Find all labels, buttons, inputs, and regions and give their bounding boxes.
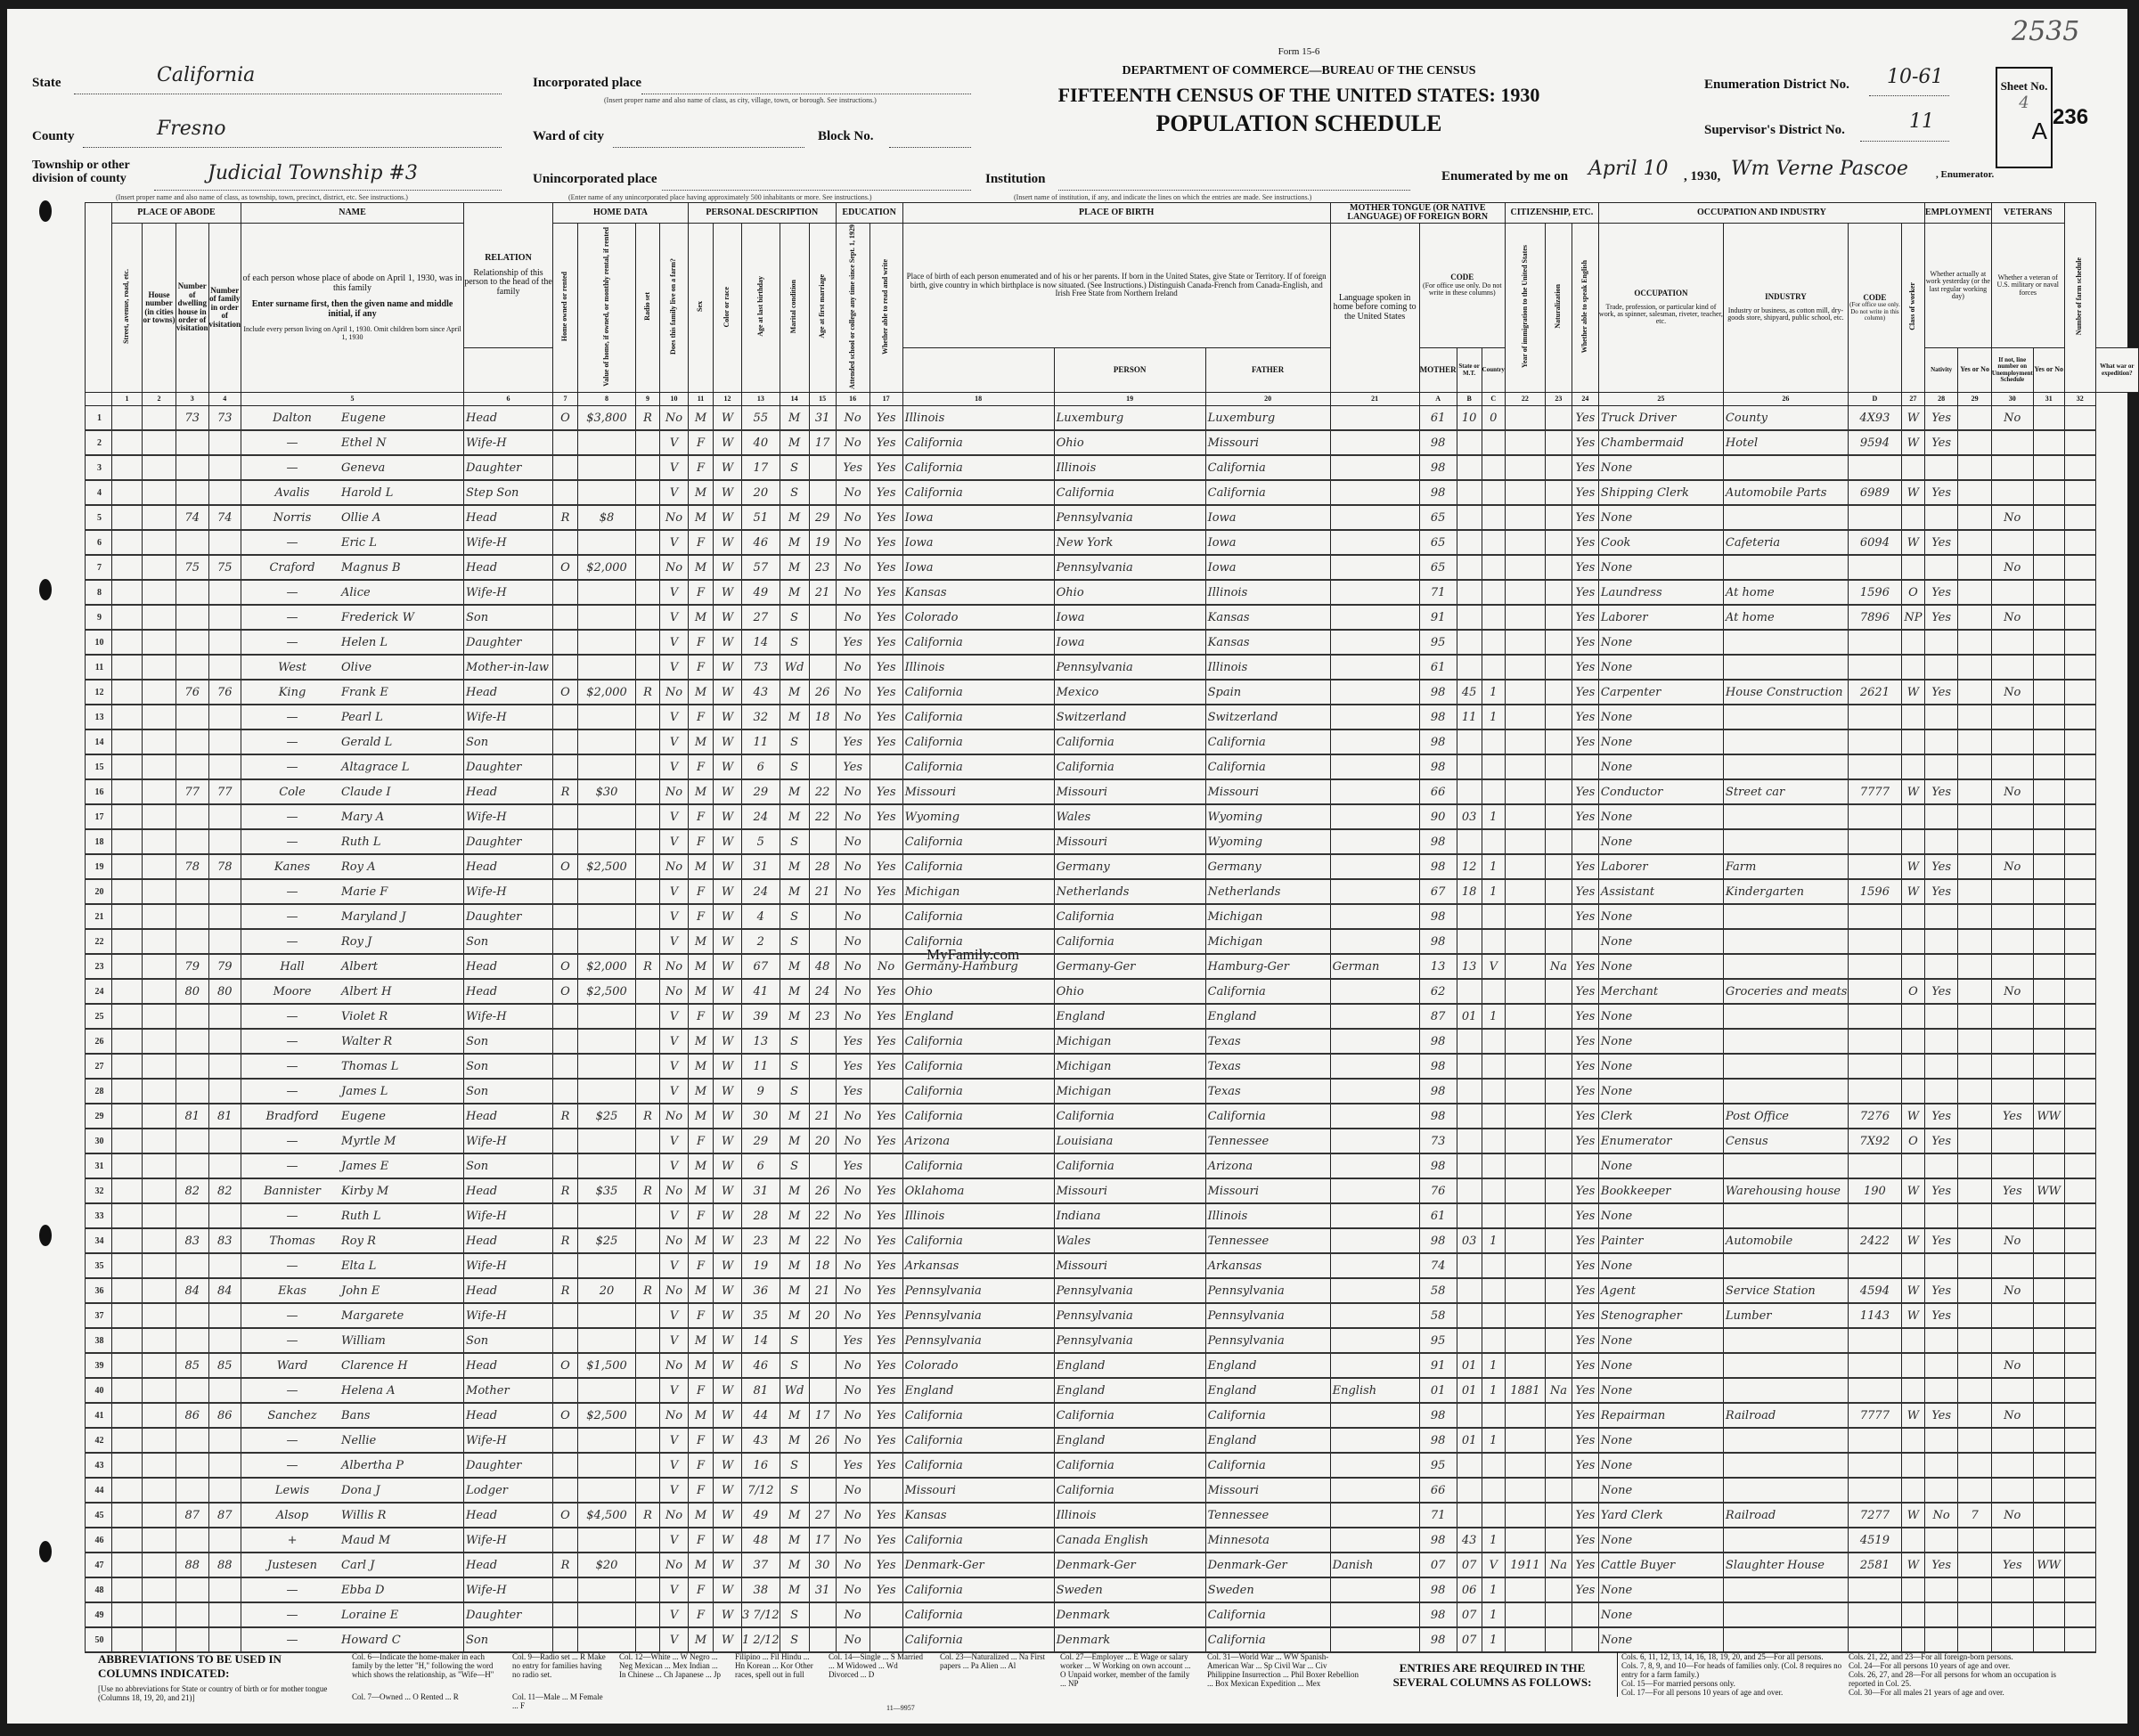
dwelling-number [176,1029,209,1054]
house-number-cell [143,1627,176,1652]
occupation-header: OCCUPATIONTrade, profession, or particul… [1598,224,1723,393]
code-a-cell: 71 [1419,580,1457,605]
immigration-year-cell [1505,605,1545,630]
name-cell: —Helena A [241,1378,464,1403]
surname: Moore [243,985,341,998]
relation-cell: Wife-H [464,1577,553,1602]
occupation-group-header: OCCUPATION AND INDUSTRY [1598,203,1924,224]
age-marriage-cell [809,655,836,680]
home-value-cell [578,530,636,555]
institution-hint: (Insert name of institution, if any, and… [1014,193,1311,201]
surname: Ekas [243,1284,341,1298]
sex-cell: F [689,1004,714,1029]
sheet-number-box: Sheet No. 4 A [1996,67,2053,168]
worker-class-cell: W [1901,779,1924,804]
farm-cell: V [660,1478,689,1503]
at-work-cell [1924,1353,1957,1378]
occ-desc: Trade, profession, or particular kind of… [1599,304,1723,326]
farm-schedule-cell [2064,1004,2095,1029]
occupation-cell: Clerk [1598,1104,1723,1129]
code-a-cell: 65 [1419,505,1457,530]
given-name: Ruth L [341,1210,381,1223]
birthplace-mother: Illinois [1205,655,1330,680]
surname: — [243,1459,341,1472]
owned-cell: O [553,854,578,879]
age-cell: 48 [742,1528,780,1553]
radio-cell [636,1577,660,1602]
farm-schedule-cell [2064,829,2095,854]
unemployment-line-cell [1958,1104,1991,1129]
age-cell: 11 [742,729,780,754]
sex-cell: F [689,804,714,829]
relation-cell: Daughter [464,1602,553,1627]
house-number-cell [143,1353,176,1378]
name-cell: EkasJohn E [241,1278,464,1303]
relation-cell: Head [464,1278,553,1303]
column-number: 30 [1991,393,2033,406]
dwelling-number [176,879,209,904]
age-cell: 49 [742,1503,780,1528]
column-number: 27 [1901,393,1924,406]
marital-cell: M [780,406,809,431]
surname: — [243,885,341,899]
surname: Alsop [243,1509,341,1522]
worker-class-cell: W [1901,1278,1924,1303]
age-marriage-cell [809,1478,836,1503]
read-write-cell: Yes [869,1453,902,1478]
code-a-header: State or M.T. [1457,348,1482,393]
mother-header: MOTHER [1419,348,1457,393]
occupation-cell: None [1598,555,1723,580]
home-value-cell: $8 [578,505,636,530]
war-cell [2033,1253,2064,1278]
age-marriage-cell [809,1602,836,1627]
enumerator-label: , Enumerator. [1936,169,1994,180]
birthplace-mother: Michigan [1205,929,1330,954]
radio-cell [636,729,660,754]
line-number: 9 [86,605,112,630]
immigration-year-cell [1505,1577,1545,1602]
given-name: Eric L [341,536,377,550]
name-cell: SanchezBans [241,1403,464,1428]
owned-cell [553,580,578,605]
speaks-english-cell: Yes [1572,580,1598,605]
immigration-year-cell [1505,430,1545,455]
surname: — [243,1334,341,1348]
owned-cell: O [553,1503,578,1528]
dwelling-number [176,1153,209,1178]
birthplace-father: California [1054,729,1205,754]
farm-cell: V [660,754,689,779]
occupation-cell: None [1598,954,1723,979]
given-name: Kirby M [341,1185,388,1198]
column-number: 20 [1205,393,1330,406]
family-number: 82 [208,1178,241,1203]
war-cell [2033,430,2064,455]
war-cell [2033,1228,2064,1253]
occupation-code-cell: 7777 [1848,779,1901,804]
school-cell: No [836,1627,869,1652]
table-row: 17373DaltonEugeneHeadO$3,800RNoMW55M31No… [86,406,2139,431]
code-c-cell: 1 [1482,879,1505,904]
given-name: Claude I [341,786,391,799]
sex-header: Sex [697,301,704,312]
street-cell [112,1004,143,1029]
form-number: Form 15-6 [1032,46,1566,57]
veteran-cell: No [1991,555,2033,580]
given-name: James L [341,1085,388,1098]
punch-hole [39,200,52,222]
radio-cell [636,1553,660,1577]
read-write-cell: Yes [869,1004,902,1029]
speaks-english-cell: Yes [1572,1129,1598,1153]
code-header: CODE(For office use only. Do not write i… [1419,224,1505,348]
block-field [889,129,971,148]
race-cell: W [714,455,742,480]
code-c-cell [1482,1253,1505,1278]
veteran-cell [1991,904,2033,929]
industry-cell [1723,1004,1848,1029]
unemployment-line-cell [1958,829,1991,854]
family-number: 86 [208,1403,241,1428]
surname: — [243,711,341,724]
mother-tongue-cell [1330,1129,1419,1153]
at-work-cell [1924,804,1957,829]
radio-cell [636,1303,660,1328]
mother-tongue-cell [1330,754,1419,779]
at-work-cell [1924,655,1957,680]
dwelling-number [176,1303,209,1328]
name-desc-header: of each person whose place of abode on A… [241,224,464,393]
ed-value: 10-61 [1887,66,1943,88]
occupation-cell: Cook [1598,530,1723,555]
sex-cell: F [689,1203,714,1228]
surname: Bannister [243,1185,341,1198]
entries-1: Cols. 6, 11, 12, 13, 14, 16, 18, 19, 20,… [1621,1652,1844,1661]
line-number: 49 [86,1602,112,1627]
age-cell: 3 7/12 [742,1602,780,1627]
age-cell: 24 [742,804,780,829]
age-marriage-cell: 17 [809,1528,836,1553]
owned-cell [553,705,578,729]
unemployment-line-cell [1958,1577,1991,1602]
table-row: 31—James ESonVMW6SYesCaliforniaCaliforni… [86,1153,2139,1178]
line-number: 44 [86,1478,112,1503]
birthplace-person: California [902,480,1054,505]
code-b-cell [1457,1079,1482,1104]
name-cell: +Maud M [241,1528,464,1553]
radio-cell [636,1253,660,1278]
immigration-year-cell [1505,1478,1545,1503]
industry-cell [1723,1478,1848,1503]
radio-header: Radio set [644,292,651,321]
unemployment-line-cell [1958,455,1991,480]
read-write-cell: Yes [869,1178,902,1203]
birthplace-person: Iowa [902,505,1054,530]
age-marriage-cell: 27 [809,1503,836,1528]
naturalization-cell [1545,655,1572,680]
given-name: Loraine E [341,1609,398,1622]
school-cell: No [836,1403,869,1428]
occupation-code-cell [1848,754,1901,779]
street-cell [112,1528,143,1553]
age-cell: 23 [742,1228,780,1253]
name-cell: JustesenCarl J [241,1553,464,1577]
footer-col14: Col. 14—Single ... S Married ... M Widow… [829,1652,927,1679]
dwelling-number [176,580,209,605]
house-number-cell [143,530,176,555]
occupation-cell: None [1598,754,1723,779]
column-number: 12 [714,393,742,406]
radio-cell: R [636,406,660,431]
code-a-cell: 98 [1419,929,1457,954]
farm-cell: V [660,530,689,555]
age-marriage-cell [809,729,836,754]
radio-cell [636,1029,660,1054]
table-row: 298181BradfordEugeneHeadR$25RNoMW30M21No… [86,1104,2139,1129]
line-number: 30 [86,1129,112,1153]
read-write-cell [869,829,902,854]
relation-cell: Head [464,954,553,979]
house-number-cell [143,1503,176,1528]
birthplace-mother: Illinois [1205,1203,1330,1228]
veteran-cell [1991,879,2033,904]
dwelling-number [176,430,209,455]
read-write-cell: Yes [869,779,902,804]
column-number: 3 [176,393,209,406]
industry-cell: Groceries and meats [1723,979,1848,1004]
at-work-cell [1924,1577,1957,1602]
unemployment-line-cell: 7 [1958,1503,1991,1528]
immigration-year-cell [1505,530,1545,555]
worker-class-cell [1901,1203,1924,1228]
marital-cell: S [780,1328,809,1353]
family-number [208,1203,241,1228]
page-stamp: 236 [2053,105,2088,130]
given-name: Frank E [341,686,388,699]
age-cell: 20 [742,480,780,505]
line-number: 5 [86,505,112,530]
age-marriage-cell [809,1054,836,1079]
radio-cell [636,979,660,1004]
occupation-code-cell [1848,929,1901,954]
code-a-cell: 13 [1419,954,1457,979]
read-write-cell: Yes [869,406,902,431]
unemployment-line-cell [1958,605,1991,630]
owned-cell [553,1478,578,1503]
occupation-code-cell [1848,1054,1901,1079]
mother-tongue-cell [1330,655,1419,680]
house-number-cell [143,1478,176,1503]
birthplace-person: California [902,904,1054,929]
code-b-cell: 43 [1457,1528,1482,1553]
code-b-cell: 07 [1457,1602,1482,1627]
column-number: 25 [1598,393,1723,406]
at-work-cell: Yes [1924,680,1957,705]
farm-cell: V [660,1627,689,1652]
column-number: 8 [578,393,636,406]
age-cell: 6 [742,754,780,779]
birthplace-mother: Netherlands [1205,879,1330,904]
sex-cell: F [689,1528,714,1553]
farm-cell: No [660,854,689,879]
birthplace-father: Denmark [1054,1602,1205,1627]
war-cell [2033,1577,2064,1602]
home-value-cell [578,455,636,480]
code-a-cell: 98 [1419,1104,1457,1129]
age-cell: 1 2/12 [742,1627,780,1652]
owned-cell [553,1378,578,1403]
given-name: Helen L [341,636,388,649]
radio-cell [636,580,660,605]
code-a-cell: 61 [1419,406,1457,431]
veteran-cell [1991,455,2033,480]
veteran-cell [1991,1004,2033,1029]
footer-col9: Col. 9—Radio set ... R Make no entry for… [512,1652,610,1679]
worker-class-cell [1901,1627,1924,1652]
marital-cell: S [780,1353,809,1378]
immigration-year-cell [1505,1004,1545,1029]
surname: — [243,611,341,624]
school-cell: No [836,1378,869,1403]
radio-cell [636,1478,660,1503]
surname: — [243,1584,341,1597]
industry-cell [1723,1203,1848,1228]
house-number-cell [143,1428,176,1453]
race-cell: W [714,1079,742,1104]
school-cell: No [836,1104,869,1129]
owned-cell [553,1029,578,1054]
line-number: 17 [86,804,112,829]
owned-cell [553,605,578,630]
speaks-english-cell: Yes [1572,555,1598,580]
line-number: 43 [86,1453,112,1478]
radio-cell [636,480,660,505]
naturalization-cell [1545,1153,1572,1178]
name-subheader [464,348,553,393]
name-cell: —Ethel N [241,430,464,455]
race-cell: W [714,605,742,630]
relation-group-header: RELATIONRelationship of this person to t… [464,203,553,348]
given-name: Dona J [341,1484,380,1497]
ind-desc: Industry or business, as cotton mill, dr… [1724,307,1848,322]
read-write-cell: Yes [869,1228,902,1253]
entries-7: Cols. 26, 27, and 28—For all persons for… [1849,1670,2062,1688]
birthplace-father: Iowa [1054,605,1205,630]
war-cell [2033,1153,2064,1178]
industry-cell: County [1723,406,1848,431]
marital-cell: S [780,829,809,854]
owned-cell: O [553,979,578,1004]
race-cell: W [714,979,742,1004]
school-cell: No [836,1303,869,1328]
industry-cell [1723,655,1848,680]
worker-class-cell [1901,1378,1924,1403]
radio-cell [636,1153,660,1178]
sex-cell: F [689,879,714,904]
birthplace-mother: Missouri [1205,1178,1330,1203]
code-a-cell: 98 [1419,430,1457,455]
dwelling-number: 74 [176,505,209,530]
naturalization-cell [1545,1278,1572,1303]
home-value-cell [578,1054,636,1079]
family-number [208,904,241,929]
owned-cell [553,1428,578,1453]
age-cell: 16 [742,1453,780,1478]
veteran-cell [1991,1253,2033,1278]
occupation-code-cell [1848,854,1901,879]
code-b-cell [1457,1104,1482,1129]
naturalization-cell [1545,1453,1572,1478]
naturalization-cell [1545,879,1572,904]
home-value-cell [578,1303,636,1328]
speaks-english-cell: Yes [1572,1528,1598,1553]
unemployment-line-cell [1958,530,1991,555]
house-number-cell [143,655,176,680]
race-cell: W [714,729,742,754]
code-a-cell: 98 [1419,1079,1457,1104]
surname: — [243,910,341,924]
worker-class-cell [1901,1602,1924,1627]
naturalization-cell [1545,1503,1572,1528]
age-cell: 38 [742,1577,780,1602]
birthplace-mother: California [1205,1403,1330,1428]
street-cell [112,480,143,505]
name-cell: —William [241,1328,464,1353]
industry-cell [1723,1353,1848,1378]
surname: West [243,661,341,674]
occupation-code-cell: 7777 [1848,1403,1901,1428]
given-name: Albertha P [341,1459,404,1472]
street-cell [112,555,143,580]
birthplace-father: England [1054,1378,1205,1403]
mother-tongue-cell [1330,1428,1419,1453]
given-name: William [341,1334,386,1348]
occupation-code-cell [1848,729,1901,754]
unemployment-line-cell [1958,879,1991,904]
column-number: C [1482,393,1505,406]
worker-class-cell: W [1901,1303,1924,1328]
school-cell: No [836,904,869,929]
read-write-cell [869,929,902,954]
table-row: 10—Helen LDaughterVFW14SYesYesCalifornia… [86,630,2139,655]
code-c-cell [1482,1079,1505,1104]
given-name: Maryland J [341,910,406,924]
farm-schedule-cell [2064,854,2095,879]
race-cell: W [714,1602,742,1627]
code-c-cell: 0 [1482,406,1505,431]
street-cell [112,879,143,904]
worker-class-cell [1901,729,1924,754]
war-cell [2033,655,2064,680]
code-c-cell: V [1482,1553,1505,1577]
footer-col11: Col. 11—Male ... M Female ... F [512,1692,610,1710]
worker-class-cell [1901,1004,1924,1029]
personal-group-header: PERSONAL DESCRIPTION [689,203,837,224]
school-cell: Yes [836,754,869,779]
code-c-cell [1482,1029,1505,1054]
speaks-english-cell [1572,1627,1598,1652]
line-number: 29 [86,1104,112,1129]
birthplace-person: Illinois [902,406,1054,431]
read-write-cell: Yes [869,1104,902,1129]
age-cell: 40 [742,430,780,455]
veteran-cell: No [1991,979,2033,1004]
immigration-year-cell [1505,904,1545,929]
mother-tongue-cell [1330,1303,1419,1328]
unemployment-line-cell [1958,1178,1991,1203]
farm-schedule-cell [2064,1178,2095,1203]
